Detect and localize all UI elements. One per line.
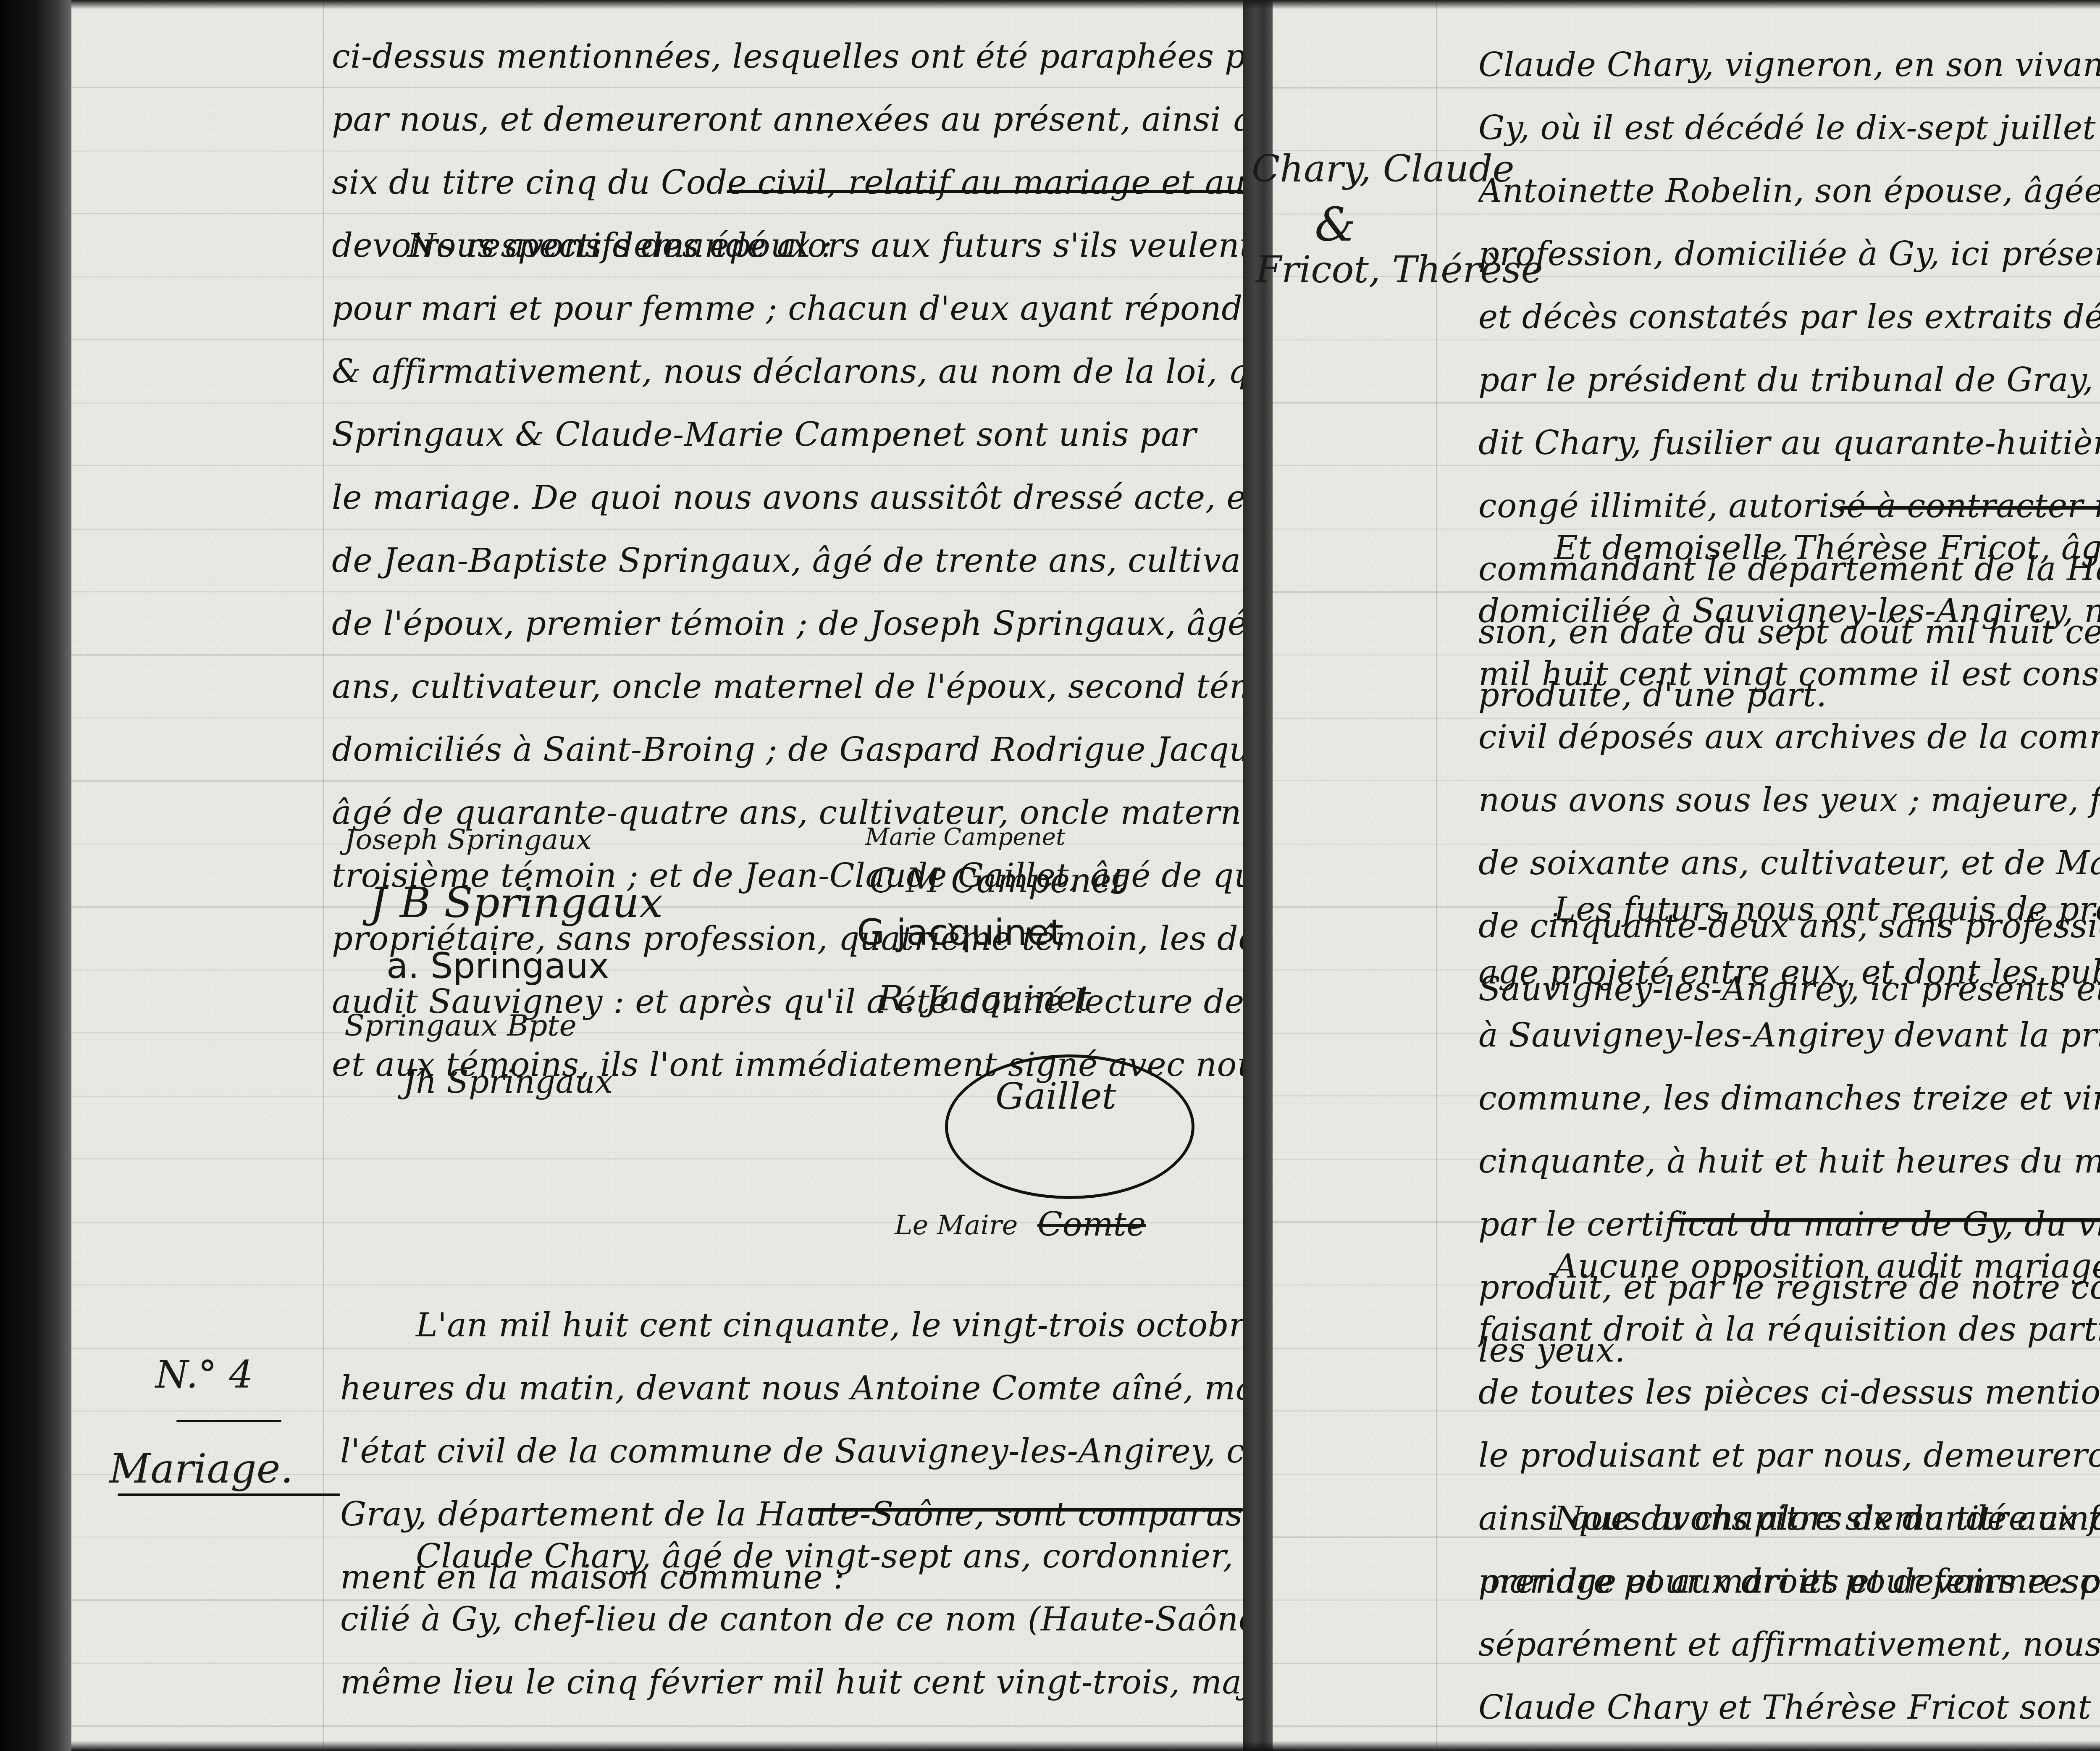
act-number: N.° 4 bbox=[155, 1353, 253, 1397]
text-line: séparément et affirmativement, nous décl… bbox=[1478, 1613, 2100, 1676]
text-line: l'état civil de la commune de Sauvigney-… bbox=[340, 1420, 1243, 1483]
text-line: ans, cultivateur, oncle maternel de l'ép… bbox=[332, 655, 1243, 718]
text-line: prendre pour mari et pour femme : chacun… bbox=[1478, 1550, 2100, 1613]
margin-rule-long bbox=[118, 1493, 340, 1496]
text-line: ci-dessus mentionnées, lesquelles ont ét… bbox=[332, 25, 1243, 88]
margin-groom-name: Chary, Claude bbox=[1252, 147, 1515, 190]
mayor-signature: Comte bbox=[1037, 1206, 1146, 1244]
top-shadow bbox=[71, 0, 2100, 9]
section-rule bbox=[811, 1508, 1243, 1512]
text-line: & affirmativement, nous déclarons, au no… bbox=[332, 340, 1243, 403]
text-line: par nous, et demeureront annexées au pré… bbox=[332, 88, 1243, 151]
signature: G jacquinet bbox=[857, 912, 1063, 954]
groom-details: Claude Chary, âgé de vingt-sept ans, cor… bbox=[340, 1525, 1243, 1714]
text-line: profession, domiciliée à Gy, ici présent… bbox=[1478, 223, 2100, 286]
act-title: Mariage. bbox=[109, 1445, 293, 1492]
register-spread: ci-dessus mentionnées, lesquelles ont ét… bbox=[0, 0, 2100, 1751]
text-line: Claude Chary, vigneron, en son vivant, d… bbox=[1478, 34, 2100, 97]
text-line: de l'époux, premier témoin ; de Joseph S… bbox=[332, 592, 1243, 655]
text-line: cinquante, à huit et huit heures du mati… bbox=[1478, 1130, 2100, 1193]
text-line: le produisant et par nous, demeureront a… bbox=[1478, 1424, 2100, 1487]
text-line: faisant droit à la réquisition des parti… bbox=[1478, 1298, 2100, 1361]
text-line: Nous avons demandé alors aux futurs s'il… bbox=[332, 214, 1243, 277]
text-line: Springaux & Claude-Marie Campenet sont u… bbox=[332, 403, 1243, 466]
section-rule bbox=[1840, 506, 2100, 510]
section-rule bbox=[727, 190, 1243, 193]
text-line: de toutes les pièces ci-dessus mentionné… bbox=[1478, 1361, 2100, 1424]
text-line: heures du matin, devant nous Antoine Com… bbox=[340, 1357, 1243, 1420]
signature: Joseph Springaux bbox=[344, 823, 592, 856]
text-line: Et demoiselle Thérèse Fricot, âgée de tr… bbox=[1478, 517, 2100, 580]
text-line: mil huit cent vingt comme il est constat… bbox=[1478, 643, 2100, 706]
signature: a. Springaux bbox=[386, 945, 609, 986]
margin-rule-short bbox=[176, 1420, 281, 1422]
text-line: domiciliée à Sauvigney-les-Angirey, née … bbox=[1478, 580, 2100, 643]
text-line: même lieu le cinq février mil huit cent … bbox=[340, 1651, 1243, 1714]
text-line: commune, les dimanches treize et vingt o… bbox=[1478, 1067, 2100, 1130]
text-line: L'an mil huit cent cinquante, le vingt-t… bbox=[340, 1294, 1243, 1357]
book-edge-left bbox=[0, 0, 71, 1751]
signature: C M Campenet bbox=[869, 861, 1125, 900]
text-line: Les futurs nous ont requis de procéder à… bbox=[1478, 878, 2100, 941]
text-line: age projeté entre eux, et dont les publi… bbox=[1478, 941, 2100, 1004]
text-line: Gy, où il est décédé le dix-sept juillet… bbox=[1478, 97, 2100, 160]
text-line: à Sauvigney-les-Angirey devant la princi… bbox=[1478, 1004, 2100, 1067]
text-line: six du titre cinq du Code civil, relatif… bbox=[332, 151, 1243, 214]
bottom-shadow bbox=[71, 1741, 2100, 1751]
signature: R. Jacquinet bbox=[878, 979, 1091, 1019]
margin-connector: & bbox=[1315, 197, 1356, 251]
text-line: domiciliés à Saint-Broing ; de Gaspard R… bbox=[332, 718, 1243, 781]
text-line: Claude Chary et Thérèse Fricot sont unis… bbox=[1478, 1676, 2100, 1739]
text-line: pour mari et pour femme ; chacun d'eux a… bbox=[332, 277, 1243, 340]
text-line: et décès constatés par les extraits déli… bbox=[1478, 286, 2100, 349]
text-line: dit Chary, fusilier au quarante-huitième… bbox=[1478, 412, 2100, 475]
text-line: le mariage. De quoi nous avons aussitôt … bbox=[332, 466, 1243, 529]
signature: Springaux Bpte bbox=[344, 1008, 577, 1043]
margin-rule bbox=[323, 0, 324, 1751]
signature: J B Springaux bbox=[370, 878, 663, 927]
text-line: Aucune opposition audit mariage ne nous … bbox=[1478, 1235, 2100, 1298]
mayor-label: Le Maire bbox=[895, 1210, 1018, 1241]
text-line: Antoinette Robelin, son épouse, âgée de … bbox=[1478, 160, 2100, 223]
signature: Jh Springaux bbox=[403, 1063, 613, 1100]
signature: Marie Campenet bbox=[865, 823, 1065, 851]
text-line: civil déposés aux archives de la commune… bbox=[1478, 706, 2100, 769]
signature: Gaillet bbox=[995, 1075, 1116, 1117]
text-line: par le président du tribunal de Gray, et… bbox=[1478, 349, 2100, 412]
section-rule bbox=[1672, 1218, 2100, 1222]
text-line: de Jean-Baptiste Springaux, âgé de trent… bbox=[332, 529, 1243, 592]
text-line: cilié à Gy, chef-lieu de canton de ce no… bbox=[340, 1588, 1243, 1651]
text-line: Claude Chary, âgé de vingt-sept ans, cor… bbox=[340, 1525, 1243, 1588]
text-line: nous avons sous les yeux ; majeure, fill… bbox=[1478, 769, 2100, 832]
text-line: Nous avons alors demandé aux futurs s'il… bbox=[1478, 1487, 2100, 1550]
union-declaration: Nous avons alors demandé aux futurs s'il… bbox=[1478, 1487, 2100, 1739]
